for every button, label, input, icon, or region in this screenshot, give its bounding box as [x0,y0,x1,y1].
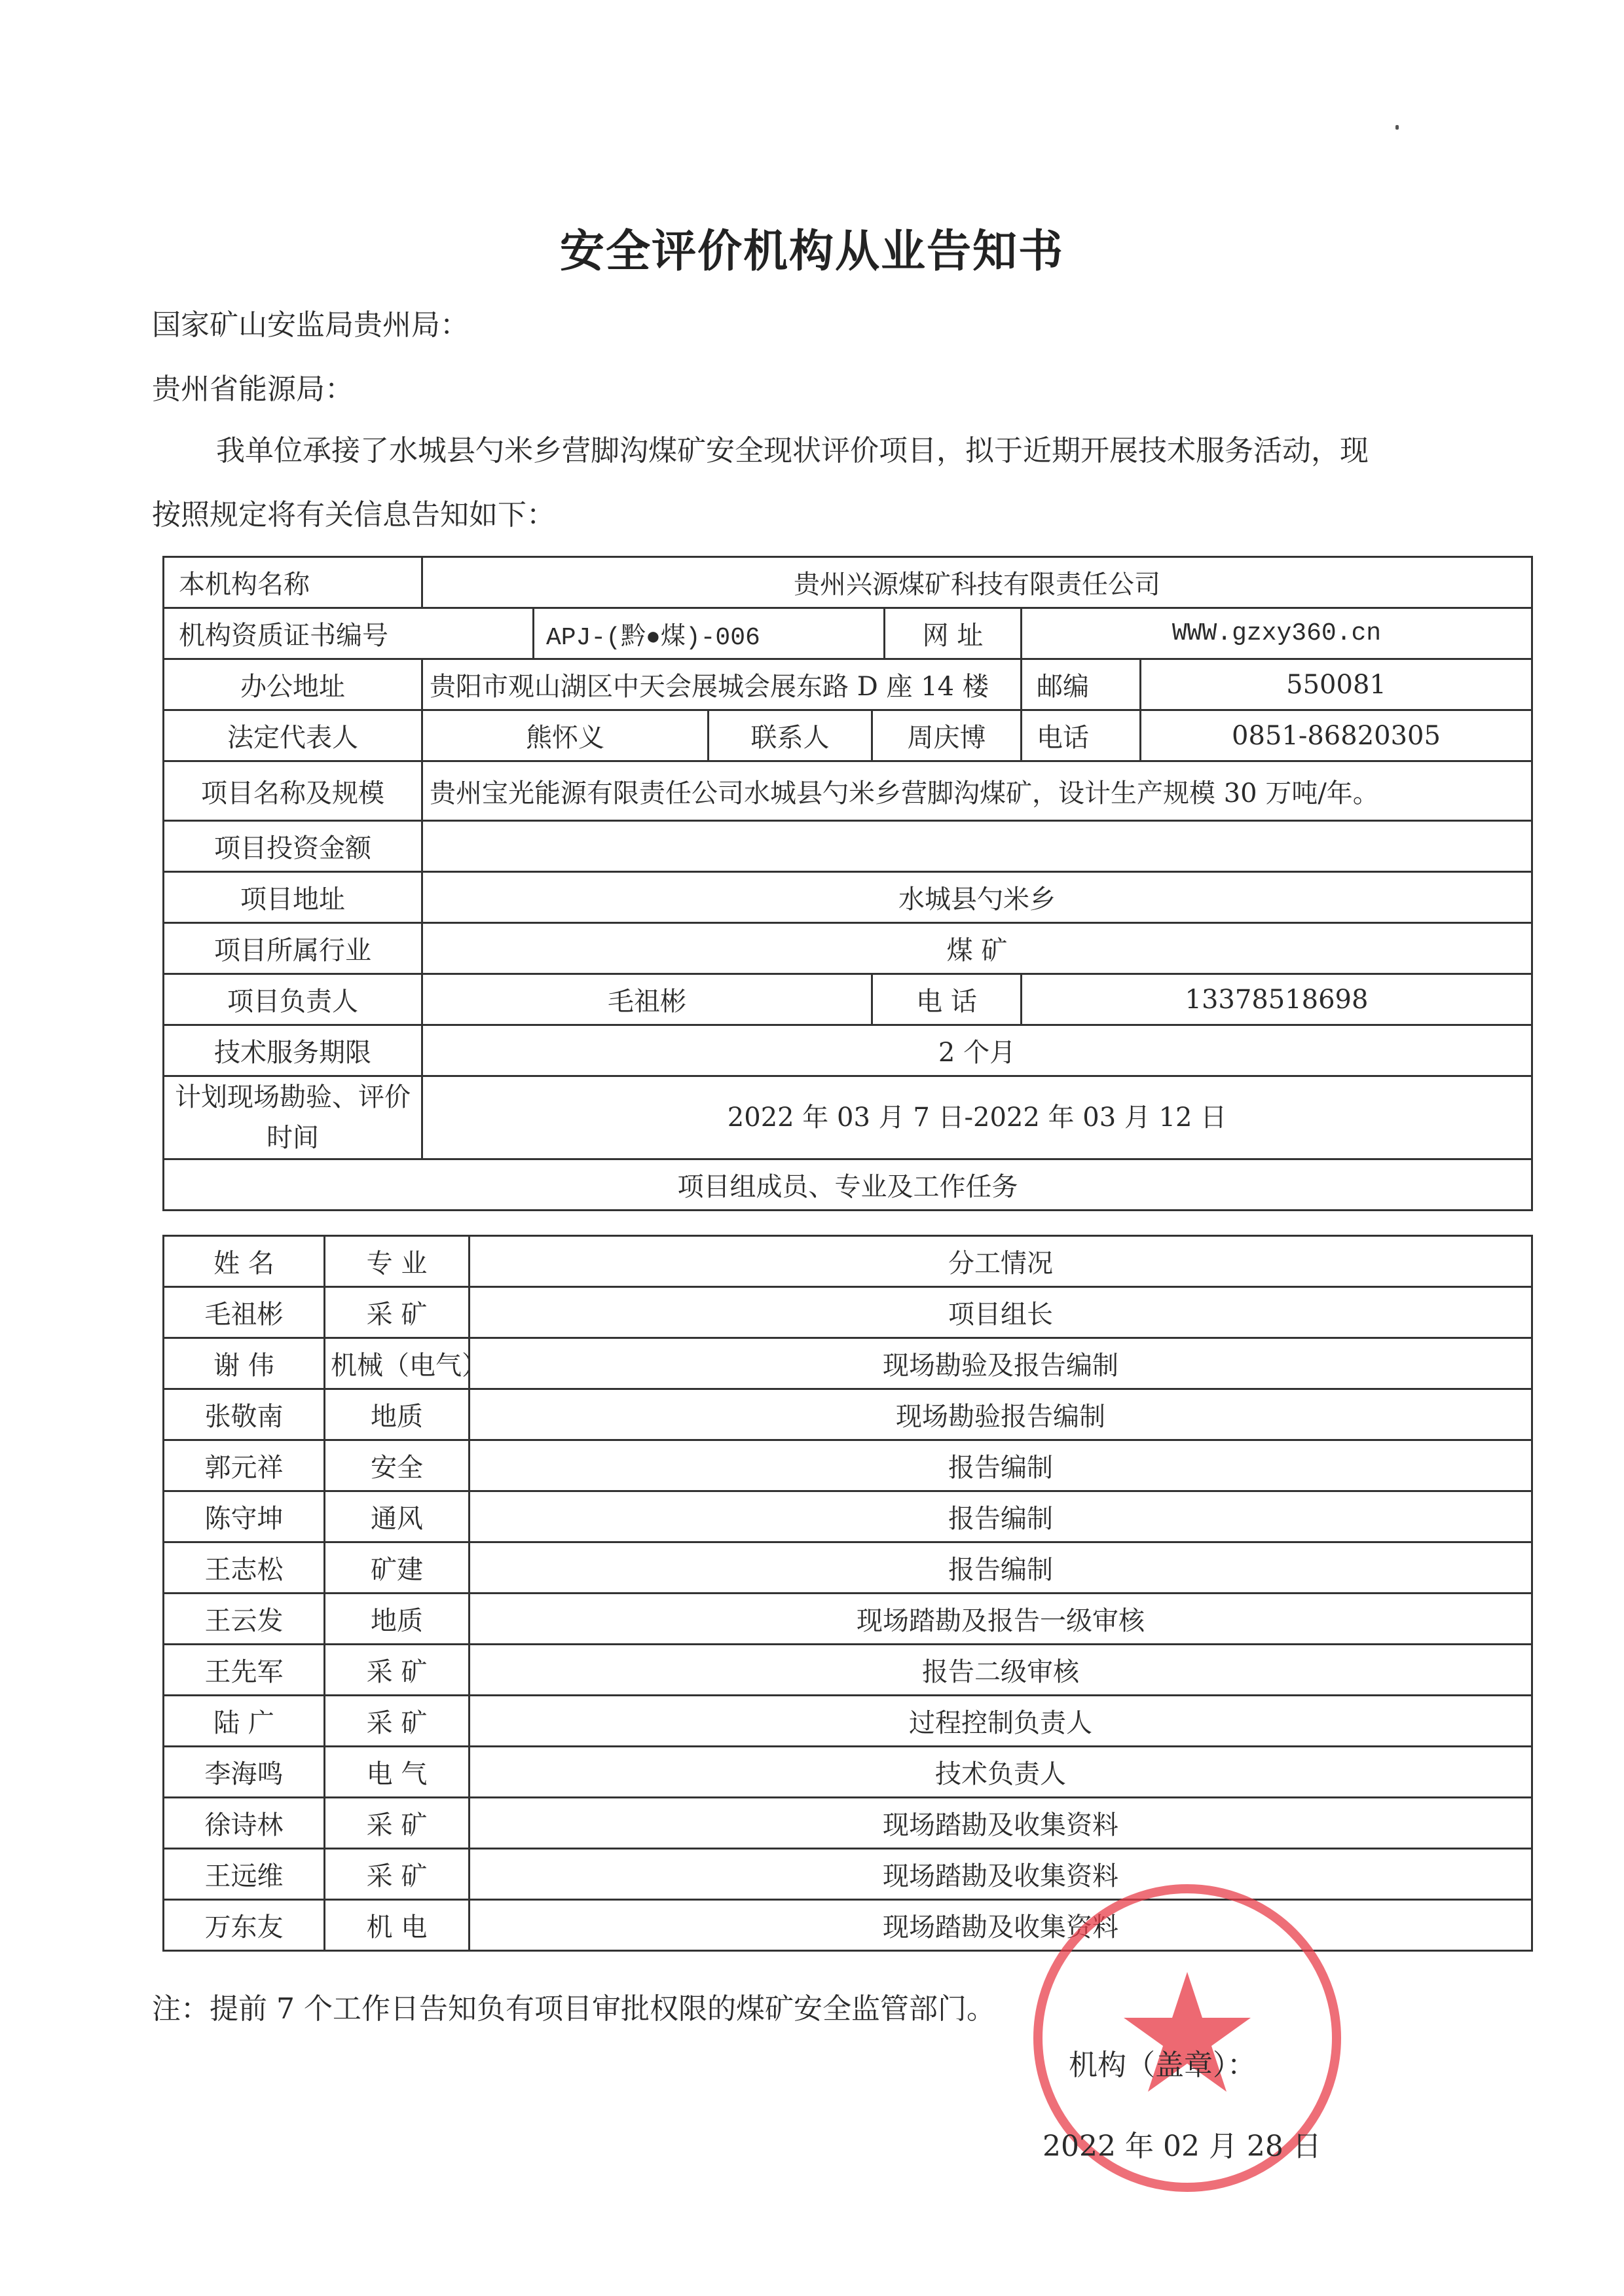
member-role: 项目组长 [470,1287,1532,1338]
team-section-title-row: 项目组成员、专业及工作任务 [164,1159,1532,1211]
team-header-name: 姓 名 [164,1236,325,1287]
team-member-row: 万东友机 电现场踏勘及收集资料 [164,1900,1532,1951]
member-role: 报告编制 [470,1491,1532,1542]
postcode-value: 550081 [1141,659,1532,710]
survey-time-label: 计划现场勘验、评价时间 [164,1076,422,1159]
team-member-row: 陈守坤通风报告编制 [164,1491,1532,1542]
team-header-major: 专 业 [325,1236,470,1287]
footer-note: 注：提前 7 个工作日告知负有项目审批权限的煤矿安全监管部门。 [152,1985,995,2027]
member-major: 地质 [325,1594,470,1645]
member-name: 王志松 [164,1542,325,1594]
survey-time-value: 2022 年 03 月 7 日-2022 年 03 月 12 日 [422,1076,1532,1159]
member-name: 王远维 [164,1849,325,1900]
team-member-row: 陆 广采 矿过程控制负责人 [164,1696,1532,1747]
office-row: 办公地址 贵阳市观山湖区中天会展城会展东路 D 座 14 楼 邮编 550081 [164,659,1532,710]
member-major: 采 矿 [325,1798,470,1849]
cert-value: APJ-(黔●煤)-006 [534,608,885,659]
team-member-row: 王云发地质现场踏勘及报告一级审核 [164,1594,1532,1645]
project-address-label: 项目地址 [164,872,422,923]
member-role: 现场勘验报告编制 [470,1389,1532,1440]
team-header-row: 姓 名专 业分工情况 [164,1236,1532,1287]
member-name: 李海鸣 [164,1747,325,1798]
cert-row: 机构资质证书编号 APJ-(黔●煤)-006 网 址 WWW.gzxy360.c… [164,608,1532,659]
website-value: WWW.gzxy360.cn [1022,608,1532,659]
org-name-value: 贵州兴源煤矿科技有限责任公司 [422,557,1532,608]
member-major: 机 电 [325,1900,470,1951]
member-name: 陆 广 [164,1696,325,1747]
member-role: 现场踏勘及收集资料 [470,1798,1532,1849]
manager-phone-label: 电 话 [872,974,1022,1025]
member-name: 王先军 [164,1645,325,1696]
notice-form-table: 本机构名称 贵州兴源煤矿科技有限责任公司 机构资质证书编号 APJ-(黔●煤)-… [162,556,1533,1211]
member-major: 通风 [325,1491,470,1542]
member-role: 技术负责人 [470,1747,1532,1798]
member-name: 陈守坤 [164,1491,325,1542]
investment-value [422,821,1532,872]
duration-row: 技术服务期限 2 个月 [164,1025,1532,1076]
org-name-label: 本机构名称 [164,557,422,608]
team-table-body: 姓 名专 业分工情况毛祖彬采 矿项目组长谢 伟机械（电气）现场勘验及报告编制张敬… [164,1236,1532,1951]
team-member-row: 徐诗林采 矿现场踏勘及收集资料 [164,1798,1532,1849]
signature-date: 2022 年 02 月 28 日 [1043,2123,1321,2164]
member-role: 报告编制 [470,1542,1532,1594]
website-label: 网 址 [885,608,1022,659]
manager-row: 项目负责人 毛祖彬 电 话 13378518698 [164,974,1532,1025]
team-member-row: 王远维采 矿现场踏勘及收集资料 [164,1849,1532,1900]
contact-label: 联系人 [709,710,872,761]
member-role: 现场踏勘及收集资料 [470,1900,1532,1951]
team-member-row: 李海鸣电 气技术负责人 [164,1747,1532,1798]
duration-value: 2 个月 [422,1025,1532,1076]
member-name: 王云发 [164,1594,325,1645]
member-name: 毛祖彬 [164,1287,325,1338]
phone-label: 电话 [1022,710,1141,761]
team-table: 姓 名专 业分工情况毛祖彬采 矿项目组长谢 伟机械（电气）现场勘验及报告编制张敬… [162,1235,1533,1952]
member-major: 采 矿 [325,1287,470,1338]
industry-value: 煤 矿 [422,923,1532,974]
duration-label: 技术服务期限 [164,1025,422,1076]
org-name-row: 本机构名称 贵州兴源煤矿科技有限责任公司 [164,557,1532,608]
member-major: 地质 [325,1389,470,1440]
member-name: 郭元祥 [164,1440,325,1491]
office-value: 贵阳市观山湖区中天会展城会展东路 D 座 14 楼 [422,659,1022,710]
phone-value: 0851-86820305 [1141,710,1532,761]
member-role: 现场踏勘及报告一级审核 [470,1594,1532,1645]
recipient-1: 国家矿山安监局贵州局： [152,301,469,343]
legal-rep-value: 熊怀义 [422,710,709,761]
member-name: 徐诗林 [164,1798,325,1849]
contact-value: 周庆博 [872,710,1022,761]
manager-label: 项目负责人 [164,974,422,1025]
member-role: 过程控制负责人 [470,1696,1532,1747]
project-address-row: 项目地址 水城县勺米乡 [164,872,1532,923]
team-member-row: 王志松矿建报告编制 [164,1542,1532,1594]
member-role: 报告编制 [470,1440,1532,1491]
legal-rep-label: 法定代表人 [164,710,422,761]
member-major: 机械（电气） [325,1338,470,1389]
member-name: 万东友 [164,1900,325,1951]
intro-paragraph-line-1: 我单位承接了水城县勺米乡营脚沟煤矿安全现状评价项目，拟于近期开展技术服务活动，现 [216,427,1369,469]
member-role: 现场勘验及报告编制 [470,1338,1532,1389]
intro-paragraph-line-2: 按照规定将有关信息告知如下： [152,491,555,533]
recipient-2: 贵州省能源局： [152,365,354,407]
team-member-row: 王先军采 矿报告二级审核 [164,1645,1532,1696]
office-label: 办公地址 [164,659,422,710]
industry-label: 项目所属行业 [164,923,422,974]
member-major: 电 气 [325,1747,470,1798]
team-member-row: 谢 伟机械（电气）现场勘验及报告编制 [164,1338,1532,1389]
project-name-row: 项目名称及规模 贵州宝光能源有限责任公司水城县勺米乡营脚沟煤矿，设计生产规模 3… [164,761,1532,821]
team-member-row: 毛祖彬采 矿项目组长 [164,1287,1532,1338]
team-member-row: 张敬南地质现场勘验报告编制 [164,1389,1532,1440]
investment-label: 项目投资金额 [164,821,422,872]
member-major: 采 矿 [325,1645,470,1696]
investment-row: 项目投资金额 [164,821,1532,872]
team-section-title: 项目组成员、专业及工作任务 [164,1159,1532,1211]
team-header-role: 分工情况 [470,1236,1532,1287]
document-title: 安全评价机构从业告知书 [0,216,1624,280]
survey-time-row: 计划现场勘验、评价时间 2022 年 03 月 7 日-2022 年 03 月 … [164,1076,1532,1159]
member-major: 采 矿 [325,1696,470,1747]
cert-label: 机构资质证书编号 [164,608,534,659]
manager-value: 毛祖彬 [422,974,872,1025]
scan-speck [1395,125,1399,130]
project-address-value: 水城县勺米乡 [422,872,1532,923]
legal-rep-row: 法定代表人 熊怀义 联系人 周庆博 电话 0851-86820305 [164,710,1532,761]
industry-row: 项目所属行业 煤 矿 [164,923,1532,974]
postcode-label: 邮编 [1022,659,1141,710]
member-major: 安全 [325,1440,470,1491]
member-role: 现场踏勘及收集资料 [470,1849,1532,1900]
member-name: 张敬南 [164,1389,325,1440]
manager-phone-value: 13378518698 [1022,974,1532,1025]
signature-label: 机构（盖章）： [1069,2041,1256,2083]
member-major: 矿建 [325,1542,470,1594]
team-member-row: 郭元祥安全报告编制 [164,1440,1532,1491]
project-name-label: 项目名称及规模 [164,761,422,821]
member-role: 报告二级审核 [470,1645,1532,1696]
project-name-value: 贵州宝光能源有限责任公司水城县勺米乡营脚沟煤矿，设计生产规模 30 万吨/年。 [422,761,1532,821]
member-major: 采 矿 [325,1849,470,1900]
member-name: 谢 伟 [164,1338,325,1389]
